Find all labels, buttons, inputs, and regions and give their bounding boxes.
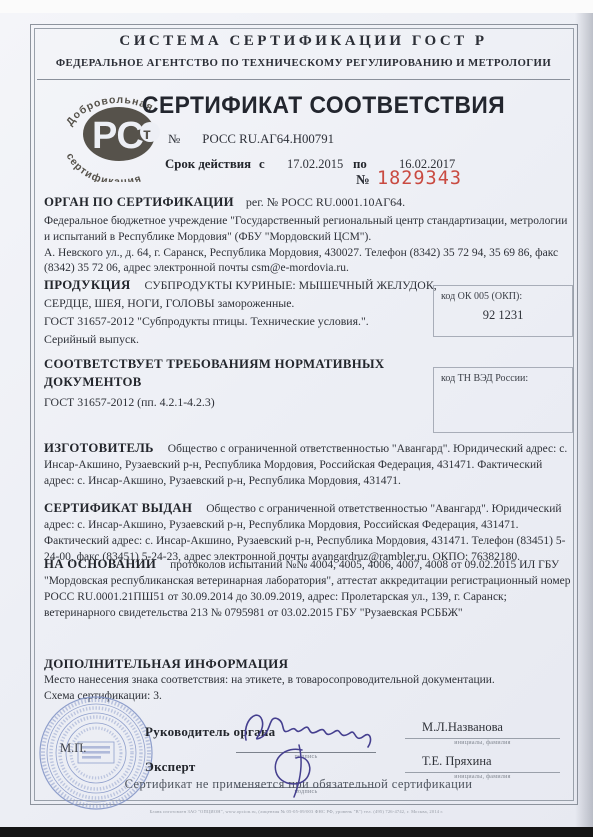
- okp-code-box: код ОК 005 (ОКП): 92 1231: [433, 285, 573, 337]
- additional-info-label: ДОПОЛНИТЕЛЬНАЯ ИНФОРМАЦИЯ: [44, 655, 575, 673]
- logo-mark-main: РС: [92, 115, 144, 157]
- expert-name: Т.Е. Пряхина: [422, 754, 492, 769]
- conformity-section: СООТВЕТСТВУЕТ ТРЕБОВАНИЯМ НОРМАТИВНЫХ ДО…: [44, 356, 444, 411]
- expert-signature: [268, 742, 330, 800]
- certificate-number: РОСС RU.АГ64.Н00791: [202, 132, 334, 146]
- validity-to-label: по: [353, 157, 367, 172]
- okp-code-label: код ОК 005 (ОКП):: [434, 286, 572, 302]
- basis-section: НА ОСНОВАНИИпротоколов испытаний №№ 4004…: [44, 556, 575, 621]
- scan-edge-shadow: [575, 13, 593, 827]
- product-section: ПРОДУКЦИЯСУБПРОДУКТЫ КУРИНЫЕ: МЫШЕЧНЫЙ Ж…: [44, 276, 442, 348]
- certificate-number-row: №РОСС RU.АГ64.Н00791: [168, 132, 334, 147]
- product-line-2: СЕРДЦЕ, ШЕЯ, НОГИ, ГОЛОВЫ замороженные.: [44, 295, 442, 313]
- issued-to-label: СЕРТИФИКАТ ВЫДАН: [44, 501, 192, 515]
- manufacturer-section: ИЗГОТОВИТЕЛЬОбщество с ограниченной отве…: [44, 440, 575, 490]
- certification-body-name: Федеральное бюджетное учреждение "Госуда…: [44, 214, 575, 246]
- form-printer-imprint: Бланк изготовлен ЗАО "ОПЦИОН", www.opcio…: [0, 809, 593, 814]
- conformity-standard: ГОСТ 31657-2012 (пп. 4.2.1-4.2.3): [44, 394, 444, 410]
- round-stamp: [36, 693, 156, 813]
- product-line-1: СУБПРОДУКТЫ КУРИНЫЕ: МЫШЕЧНЫЙ ЖЕЛУДОК,: [145, 278, 437, 292]
- basis-label: НА ОСНОВАНИИ: [44, 557, 156, 571]
- header-divider: [37, 79, 570, 80]
- agency-title: ФЕДЕРАЛЬНОЕ АГЕНТСТВО ПО ТЕХНИЧЕСКОМУ РЕ…: [31, 57, 576, 69]
- head-name-caption: инициалы, фамилия: [405, 740, 560, 746]
- certification-body-address: А. Невского ул., д. 64, г. Саранск, Респ…: [44, 246, 575, 278]
- conformity-label: СООТВЕТСТВУЕТ ТРЕБОВАНИЯМ НОРМАТИВНЫХ ДО…: [44, 356, 444, 391]
- additional-info-line-1: Место нанесения знака соответствия: на э…: [44, 673, 575, 689]
- expert-name-line: [405, 772, 560, 773]
- manufacturer-label: ИЗГОТОВИТЕЛЬ: [44, 441, 154, 455]
- certificate-number-label: №: [168, 132, 180, 146]
- validity-label: Срок действия: [165, 157, 251, 172]
- head-name-line: [405, 738, 560, 739]
- system-title: СИСТЕМА СЕРТИФИКАЦИИ ГОСТ Р: [31, 33, 576, 50]
- scan-bottom-band: [0, 827, 593, 837]
- product-line-3: ГОСТ 31657-2012 "Субпродукты птицы. Техн…: [44, 313, 442, 331]
- validity-from-label: с: [259, 157, 265, 172]
- product-line-4: Серийный выпуск.: [44, 331, 442, 349]
- head-name: М.Л.Названова: [422, 720, 503, 735]
- okp-code-value: 92 1231: [434, 308, 572, 323]
- certification-body-section: ОРГАН ПО СЕРТИФИКАЦИИрег. № РОСС RU.0001…: [44, 194, 575, 277]
- tnved-code-box: код ТН ВЭД России:: [433, 367, 573, 433]
- product-label: ПРОДУКЦИЯ: [44, 278, 131, 292]
- certification-body-reg-number: рег. № РОСС RU.0001.10АГ64.: [246, 195, 405, 209]
- validity-from-date: 17.02.2015: [287, 157, 343, 172]
- blank-number: 1829343: [377, 168, 462, 189]
- logo-mark-small: т: [143, 126, 151, 143]
- tnved-code-label: код ТН ВЭД России:: [434, 368, 572, 384]
- stamp-place-mark: М.П.: [60, 741, 86, 756]
- certificate-title: СЕРТИФИКАТ СООТВЕТСТВИЯ: [142, 92, 560, 120]
- certification-body-label: ОРГАН ПО СЕРТИФИКАЦИИ: [44, 195, 234, 209]
- expert-role-label: Эксперт: [145, 759, 196, 775]
- blank-number-label: №: [356, 172, 370, 188]
